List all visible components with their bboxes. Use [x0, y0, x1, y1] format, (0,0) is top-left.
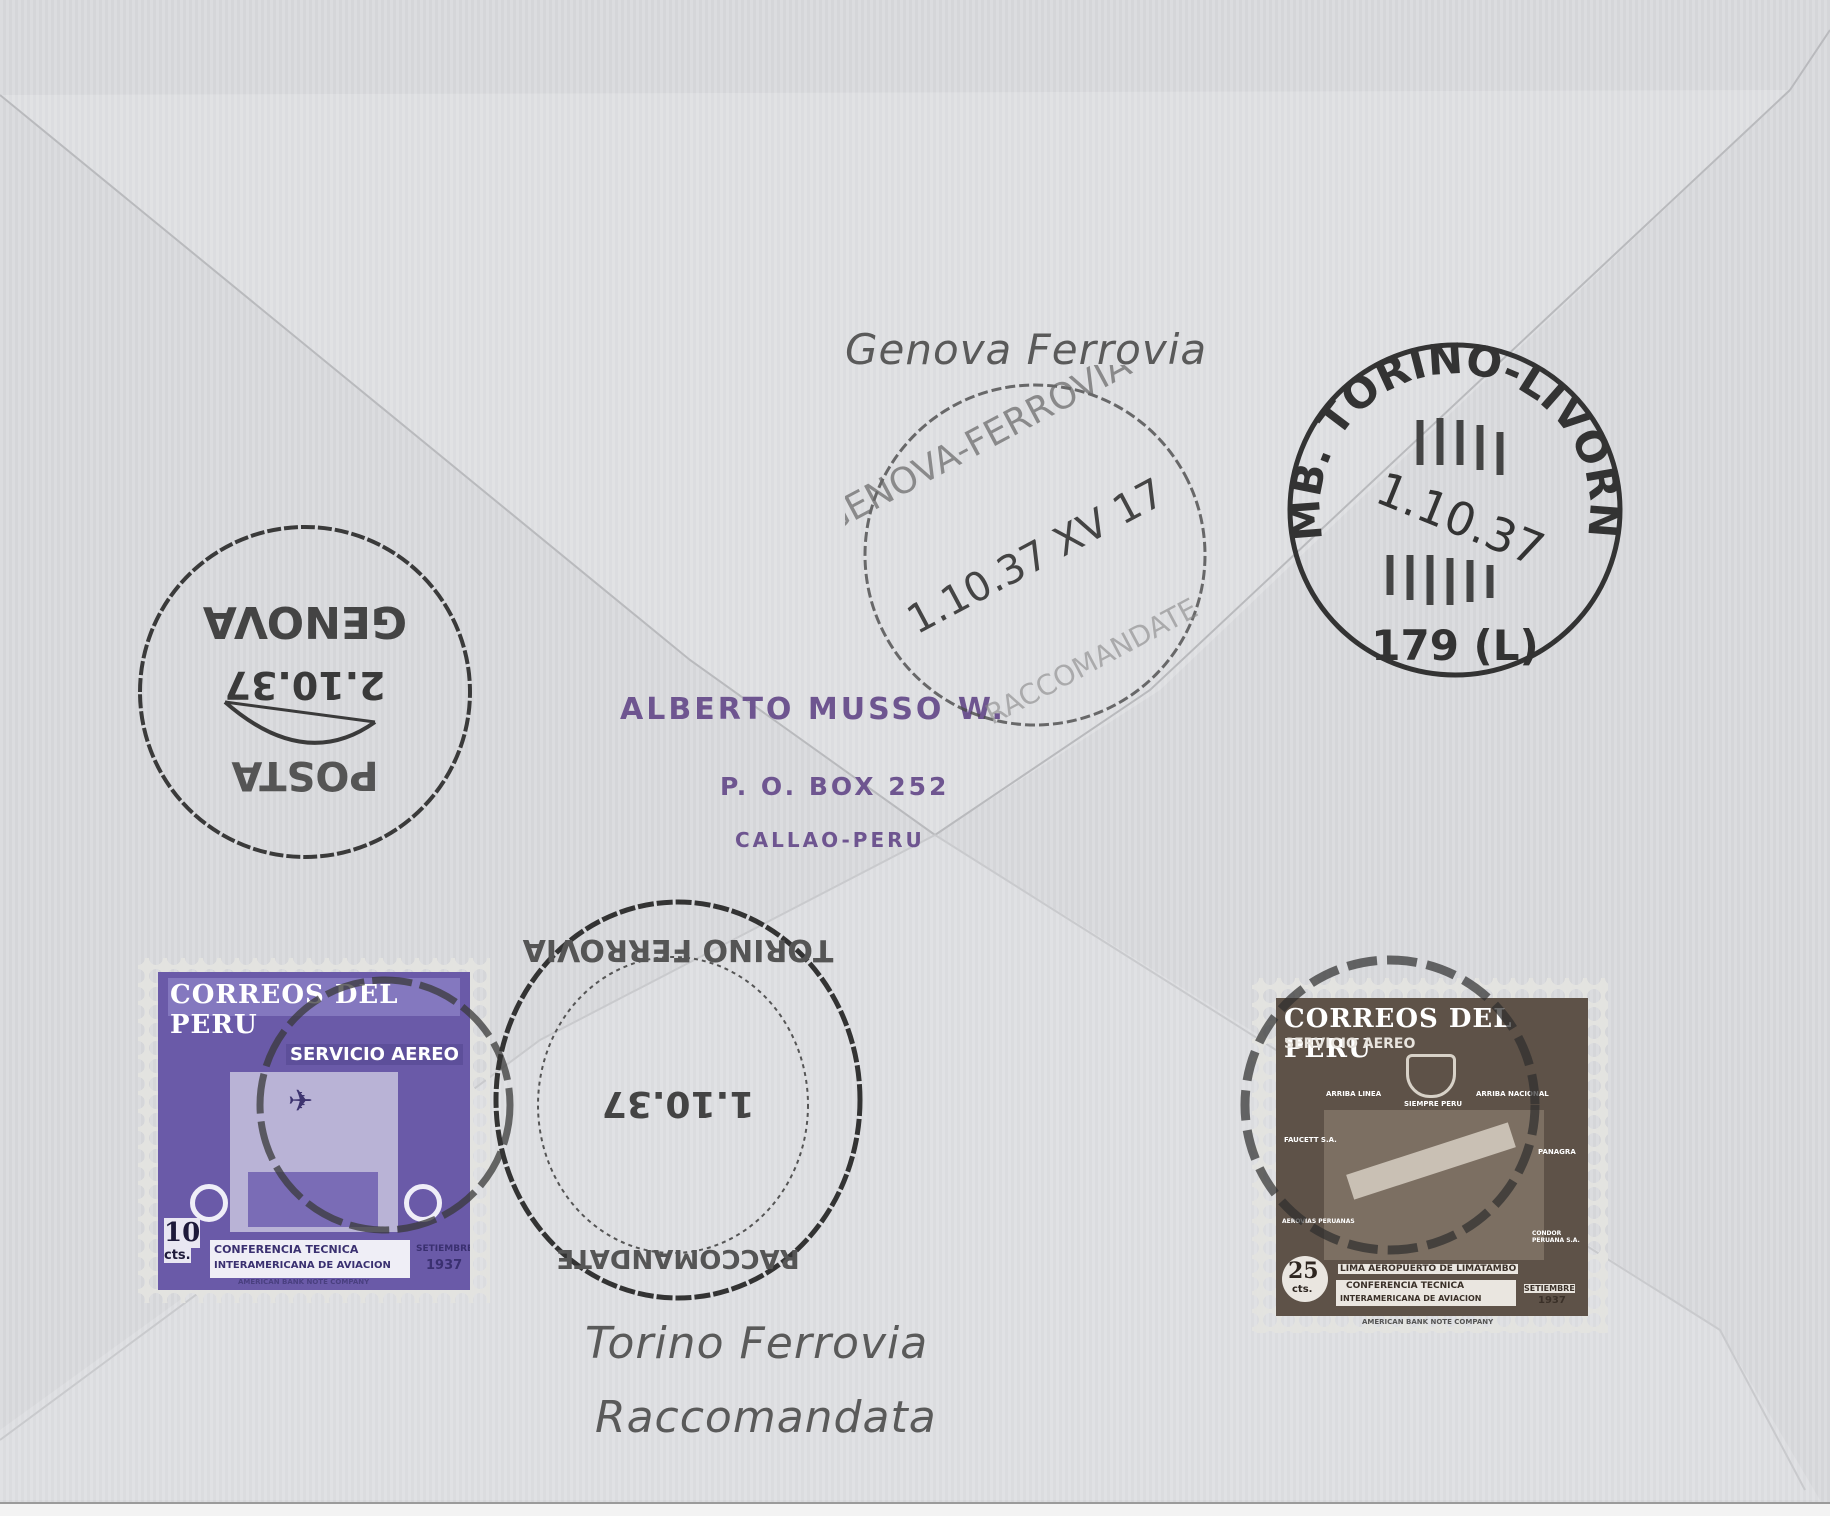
stamp-unit: cts.	[1292, 1284, 1312, 1295]
postmark-torino-ferrovia-bottom: RACCOMANDATE	[556, 1243, 799, 1273]
postmark-torino-livorno-date: 1.10.37	[1369, 461, 1552, 577]
sender-city: CALLAO-PERU	[735, 828, 925, 852]
handwritten-raccomandata: Raccomandata	[595, 1392, 937, 1443]
postmark-torino-ferrovia-date: 1.10.37	[602, 1083, 755, 1124]
stamp-scene-label: LIMA AEROPUERTO DE LIMATAMBO	[1338, 1264, 1518, 1274]
postmark-torino-ferrovia: 1.10.37 TORINO FERROVIA RACCOMANDATE	[478, 890, 878, 1310]
stamp-date-1: SETIEMBRE	[1524, 1284, 1575, 1293]
postmark-torino-livorno-bottom: 179 (L)	[1371, 621, 1538, 670]
postmark-genova-date: 2.10.37	[224, 663, 385, 707]
stamp-unit: cts.	[164, 1248, 191, 1263]
stamp-date-2: 1937	[1538, 1295, 1566, 1306]
postmark-genova-ferrovia-bottom: RACCOMANDATE	[980, 592, 1203, 732]
wheel-icon-left	[190, 1184, 228, 1222]
postmark-genova-ferrovia: GENOVA-FERROVIA 1.10.37 XV 17 RACCOMANDA…	[845, 365, 1225, 745]
stamp-printer: AMERICAN BANK NOTE COMPANY	[238, 1278, 369, 1286]
postmark-genova-ferrovia-date: 1.10.37 XV 17	[900, 470, 1172, 644]
sender-po-box: P. O. BOX 252	[720, 772, 949, 801]
postmark-torino-ferrovia-text: TORINO FERROVIA	[522, 932, 834, 967]
stamp-value: 10	[164, 1218, 200, 1248]
postmark-torino-livorno: AMB. TORINO-LIVORNO 1.10.37 179 (L)	[1280, 340, 1630, 690]
stamp-date-2: 1937	[426, 1258, 462, 1273]
postmark-genova-text: GENOVA	[203, 596, 407, 647]
postmark-on-stamp-25	[1220, 935, 1550, 1265]
stamp-caption-1: CONFERENCIA TECNICA	[1346, 1281, 1464, 1291]
postmark-genova-bottom: POSTA	[231, 752, 378, 798]
stamp-caption-2: INTERAMERICANA DE AVIACION	[1340, 1294, 1481, 1303]
stamp-caption-2: INTERAMERICANA DE AVIACION	[214, 1260, 391, 1271]
scan-border	[0, 1502, 1830, 1516]
stamp-printer: AMERICAN BANK NOTE COMPANY	[1362, 1318, 1493, 1326]
postmark-posta-genova: GENOVA 2.10.37 POSTA	[125, 512, 485, 872]
handwritten-torino-ferrovia: Torino Ferrovia	[585, 1318, 928, 1369]
